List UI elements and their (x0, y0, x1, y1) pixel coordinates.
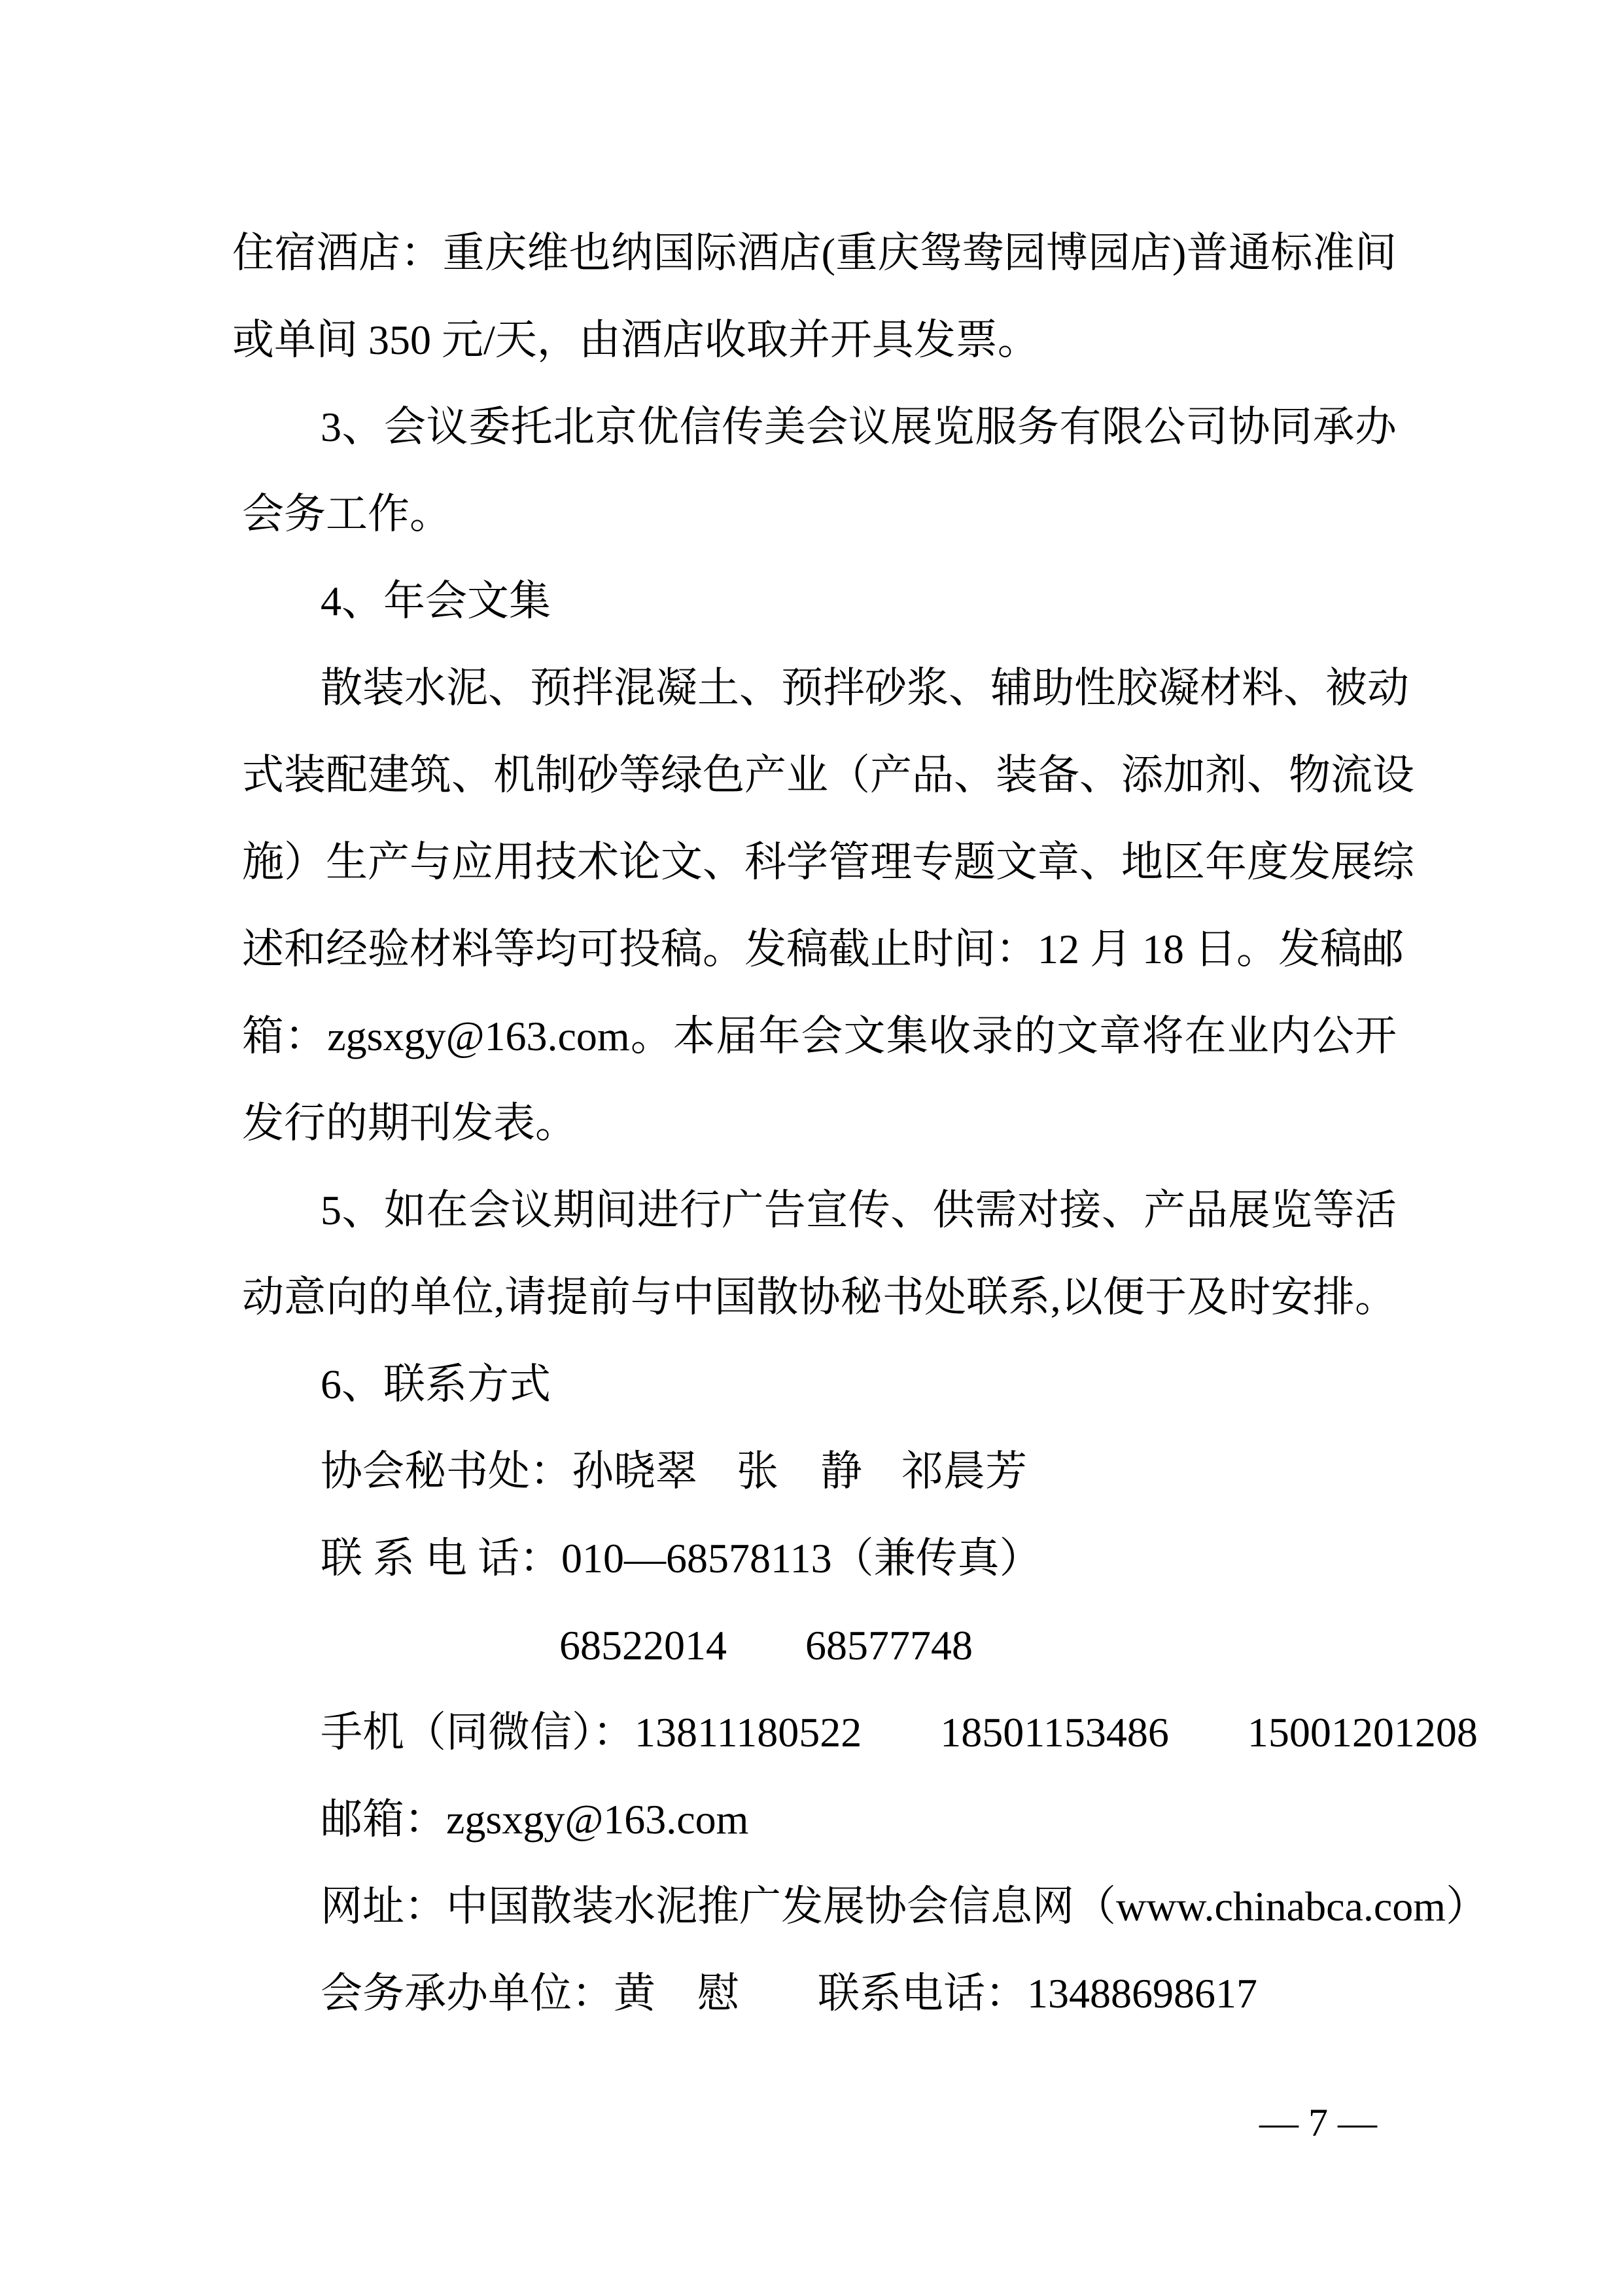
secretariat-name-1: 孙晓翠 (572, 1448, 697, 1494)
secretariat-name-3: 祁晨芳 (901, 1448, 1027, 1494)
hotel-line-1: 住宿酒店：重庆维也纳国际酒店(重庆鸳鸯园博园店)普通标准间 (232, 227, 1397, 279)
item5-line-1: 5、如在会议期间进行广告宣传、供需对接、产品展览等活 (321, 1184, 1397, 1237)
item4-line-3: 施）生产与应用技术论文、科学管理专题文章、地区年度发展综 (242, 836, 1397, 889)
phone-extra-2: 68577748 (805, 1622, 973, 1669)
website-link[interactable]: 中国散装水泥推广发展协会信息网（www.chinabca.com） (446, 1883, 1488, 1930)
mobile-2: 18501153486 (940, 1709, 1169, 1756)
phone-main: 010—68578113（兼传真） (561, 1535, 1041, 1581)
email-label: 邮箱： (321, 1796, 446, 1843)
organizer-phone-label: 联系电话： (818, 1970, 1027, 2017)
email-address[interactable]: zgsxgy@163.com (446, 1796, 748, 1843)
organizer-row: 会务承办单位：黄 慰联系电话：13488698617 (321, 1968, 1257, 2020)
email-row: 邮箱：zgsxgy@163.com (321, 1793, 748, 1846)
item4-line-5: 箱：zgsxgy@163.com。本届年会文集收录的文章将在业内公开 (242, 1010, 1397, 1063)
hotel-line-2: 或单间 350 元/天，由酒店收取并开具发票。 (232, 314, 1039, 366)
organizer-label: 会务承办单位： (321, 1970, 614, 2017)
item4-line-4: 述和经验材料等均可投稿。发稿截止时间：12 月 18 日。发稿邮 (242, 923, 1397, 976)
item4-line-2: 式装配建筑、机制砂等绿色产业（产品、装备、添加剂、物流设 (242, 749, 1397, 802)
item3-line-2: 会务工作。 (242, 488, 451, 540)
page-number: — 7 — (1259, 2100, 1377, 2146)
item6-heading: 6、联系方式 (321, 1358, 551, 1411)
mobile-1: 13811180522 (635, 1709, 862, 1756)
item4-line-6: 发行的期刊发表。 (242, 1097, 577, 1150)
phone-row: 联 系 电 话：010—68578113（兼传真） (321, 1532, 1041, 1585)
item3-line-1: 3、会议委托北京优信传美会议展览服务有限公司协同承办 (321, 401, 1397, 453)
mobile-3: 15001201208 (1248, 1709, 1478, 1756)
item4-line-1: 散装水泥、预拌混凝土、预拌砂浆、辅助性胶凝材料、被动 (321, 662, 1397, 715)
item4-heading: 4、年会文集 (321, 575, 551, 627)
mobile-label: 手机（同微信）： (321, 1709, 635, 1756)
mobile-row: 手机（同微信）：13811180522185011534861500120120… (321, 1706, 1478, 1759)
secretariat-label: 协会秘书处： (321, 1448, 572, 1494)
secretariat-row: 协会秘书处：孙晓翠张 静祁晨芳 (321, 1445, 1027, 1498)
organizer-phone: 13488698617 (1027, 1970, 1257, 2017)
website-label: 网址： (321, 1883, 446, 1930)
secretariat-name-2: 张 静 (737, 1448, 862, 1494)
phone-extra-row: 6852201468577748 (559, 1619, 973, 1672)
organizer-name: 黄 慰 (614, 1970, 739, 2017)
phone-extra-1: 68522014 (559, 1622, 727, 1669)
website-row: 网址：中国散装水泥推广发展协会信息网（www.chinabca.com） (321, 1881, 1488, 1933)
item5-line-2: 动意向的单位,请提前与中国散协秘书处联系,以便于及时安排。 (242, 1271, 1397, 1324)
document-page: 住宿酒店：重庆维也纳国际酒店(重庆鸳鸯园博园店)普通标准间 或单间 350 元/… (0, 0, 1623, 2296)
phone-label: 联 系 电 话： (321, 1535, 561, 1581)
